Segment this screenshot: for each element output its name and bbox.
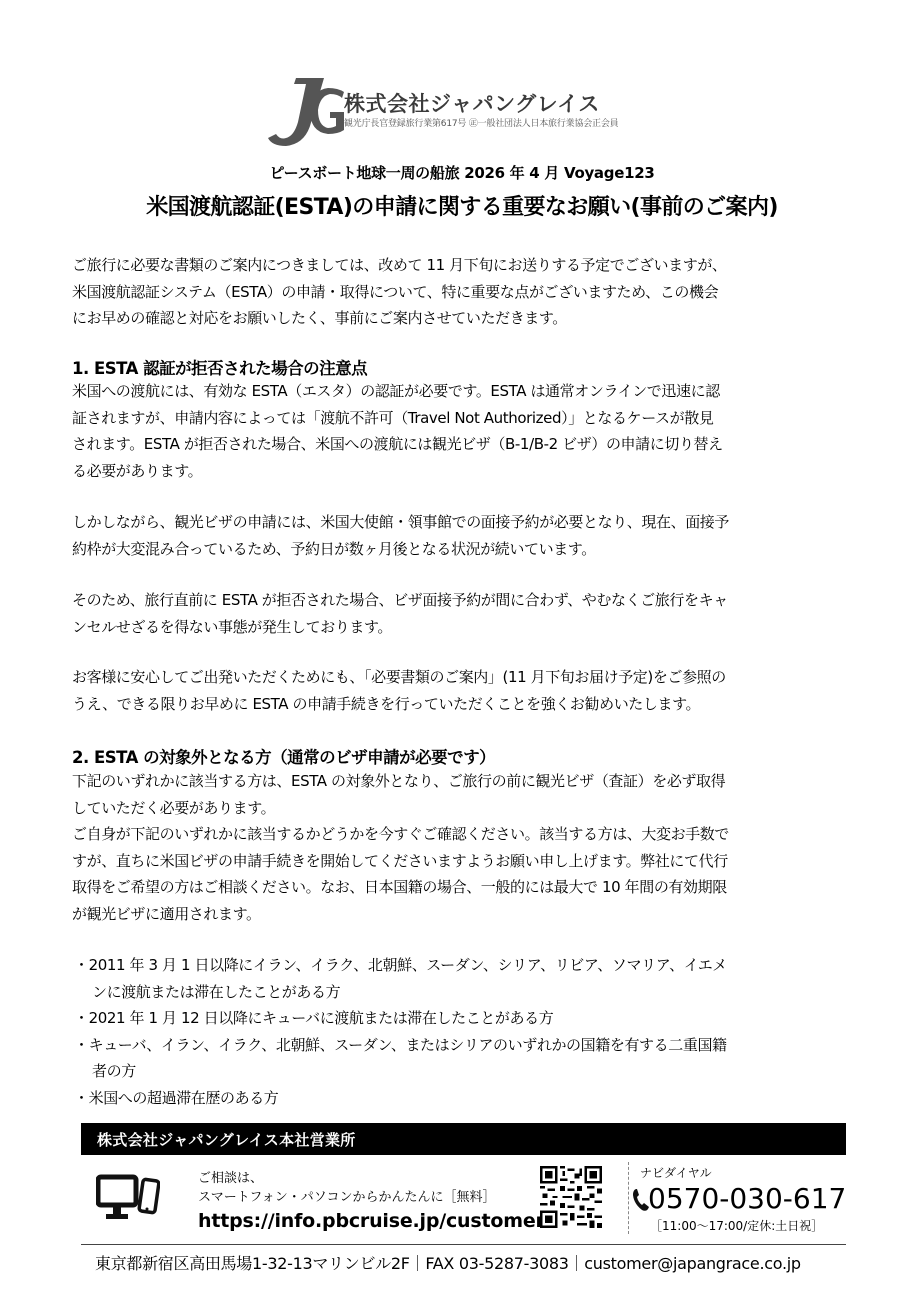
section-1-heading: 1. ESTA 認証が拒否された場合の注意点	[72, 355, 367, 379]
office-banner: 株式会社ジャパングレイス本社営業所	[81, 1123, 846, 1155]
consult-text: スマートフォン・パソコンからかんたんに［無料］	[198, 1186, 495, 1205]
list-item: ・2011 年 3 月 1 日以降にイラン、イラク、北朝鮮、スーダン、シリア、リ…	[74, 952, 864, 979]
paragraph-line: 下記のいずれかに該当する方は、ESTA の対象外となり、ご旅行の前に観光ビザ（査…	[72, 768, 862, 795]
paragraph-line: されます。ESTA が拒否された場合、米国への渡航には観光ビザ（B-1/B-2 …	[72, 431, 862, 458]
section-1-paragraph-2: しかしながら、観光ビザの申請には、米国大使館・領事館での面接予約が必要となり、現…	[72, 509, 862, 562]
section-2-heading: 2. ESTA の対象外となる方（通常のビザ申請が必要です）	[72, 744, 495, 768]
section-1-paragraph-4: お客様に安心してご出発いただくためにも、「必要書類のご案内」(11 月下旬お届け…	[72, 664, 862, 717]
paragraph-line: ンセルせざるを得ない事態が発生しております。	[72, 614, 862, 641]
paragraph-line: る必要があります。	[72, 458, 862, 485]
qr-code-icon[interactable]	[540, 1166, 602, 1228]
paragraph-line: 取得をご希望の方はご相談ください。なお、日本国籍の場合、一般的には最大で 10 …	[72, 874, 862, 901]
intro-line: にお早めの確認と対応をお願いしたく、事前にご案内させていただきます。	[72, 305, 862, 332]
paragraph-line: うえ、できる限りお早めに ESTA の申請手続きを行っていただくことを強くお勧め…	[72, 691, 862, 718]
paragraph-line: しかしながら、観光ビザの申請には、米国大使館・領事館での面接予約が必要となり、現…	[72, 509, 862, 536]
office-name: 株式会社ジャパングレイス本社営業所	[97, 1129, 356, 1150]
list-item: ・米国への超過滞在歴のある方	[74, 1085, 864, 1112]
desktop-and-tablet-icon	[96, 1174, 160, 1226]
section-1-paragraph-1: 米国への渡航には、有効な ESTA（エスタ）の認証が必要です。ESTA は通常オ…	[72, 378, 862, 484]
intro-line: 米国渡航認証システム（ESTA）の申請・取得について、特に重要な点がございますた…	[72, 279, 862, 306]
logo-company-name: 株式会社ジャパングレイス	[344, 88, 600, 118]
paragraph-line: が観光ビザに適用されます。	[72, 901, 862, 928]
section-1-paragraph-3: そのため、旅行直前に ESTA が拒否された場合、ビザ面接予約が間に合わず、やむ…	[72, 587, 862, 640]
footer-divider	[628, 1162, 629, 1234]
intro-paragraph: ご旅行に必要な書類のご案内につきましては、改めて 11 月下旬にお送りする予定で…	[72, 252, 862, 332]
phone-number-link[interactable]: 0570-030-617	[648, 1182, 846, 1215]
navi-dial-label: ナビダイヤル	[640, 1164, 712, 1181]
paragraph-line: そのため、旅行直前に ESTA が拒否された場合、ビザ面接予約が間に合わず、やむ…	[72, 587, 862, 614]
section-2-paragraph: 下記のいずれかに該当する方は、ESTA の対象外となり、ご旅行の前に観光ビザ（査…	[72, 768, 862, 927]
list-item-continuation: ンに渡航または滞在したことがある方	[74, 979, 864, 1006]
customer-url-link[interactable]: https://info.pbcruise.jp/customer	[198, 1210, 545, 1232]
paragraph-line: お客様に安心してご出発いただくためにも、「必要書類のご案内」(11 月下旬お届け…	[72, 664, 862, 691]
paragraph-line: すが、直ちに米国ビザの申請手続きを開始してくださいますようお願い申し上げます。弊…	[72, 848, 862, 875]
document-subtitle: ピースボート地球一周の船旅 2026 年 4 月 Voyage123	[0, 162, 924, 183]
intro-line: ご旅行に必要な書類のご案内につきましては、改めて 11 月下旬にお送りする予定で…	[72, 252, 862, 279]
list-item: ・2021 年 1 月 12 日以降にキューバに渡航または滞在したことがある方	[74, 1005, 864, 1032]
list-item-continuation: 者の方	[74, 1058, 864, 1085]
company-logo: 株式会社ジャパングレイス 観光庁長官登録旅行業第617号 ㊣一般社団法人日本旅行…	[266, 74, 656, 148]
paragraph-line: 米国への渡航には、有効な ESTA（エスタ）の認証が必要です。ESTA は通常オ…	[72, 378, 862, 405]
paragraph-line: していただく必要があります。	[72, 795, 862, 822]
document-title: 米国渡航認証(ESTA)の申請に関する重要なお願い(事前のご案内)	[0, 190, 924, 221]
footer-rule	[81, 1244, 846, 1245]
paragraph-line: ご自身が下記のいずれかに該当するかどうかを今すぐご確認ください。該当する方は、大…	[72, 821, 862, 848]
jg-logo-mark-icon	[266, 74, 346, 148]
phone-hours: ［11:00～17:00/定休:土日祝］	[650, 1217, 823, 1234]
office-address-contact: 東京都新宿区高田馬場1-32-13マリンビル2F｜FAX 03-5287-308…	[95, 1251, 801, 1274]
paragraph-line: 証されますが、申請内容によっては「渡航不許可（Travel Not Author…	[72, 405, 862, 432]
paragraph-line: 約枠が大変混み合っているため、予約日が数ヶ月後となる状況が続いています。	[72, 536, 862, 563]
consult-text: ご相談は、	[198, 1167, 263, 1186]
list-item: ・キューバ、イラン、イラク、北朝鮮、スーダン、またはシリアのいずれかの国籍を有す…	[74, 1032, 864, 1059]
ineligible-list: ・2011 年 3 月 1 日以降にイラン、イラク、北朝鮮、スーダン、シリア、リ…	[74, 952, 864, 1111]
logo-registration-line: 観光庁長官登録旅行業第617号 ㊣一般社団法人日本旅行業協会正会員	[344, 116, 618, 129]
